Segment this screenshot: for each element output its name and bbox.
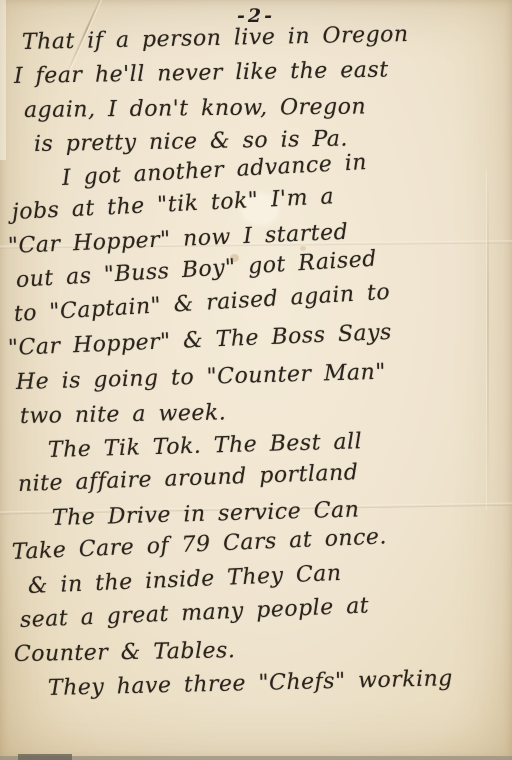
- scan-edge-bottom-dark: [18, 754, 72, 760]
- handwritten-line: I fear he'll never like the east: [14, 51, 512, 94]
- letter-body: That if a person live in Oregon I fear h…: [0, 26, 512, 706]
- letter-page: -2- That if a person live in Oregon I fe…: [0, 0, 512, 760]
- scan-edge-bottom: [0, 756, 512, 760]
